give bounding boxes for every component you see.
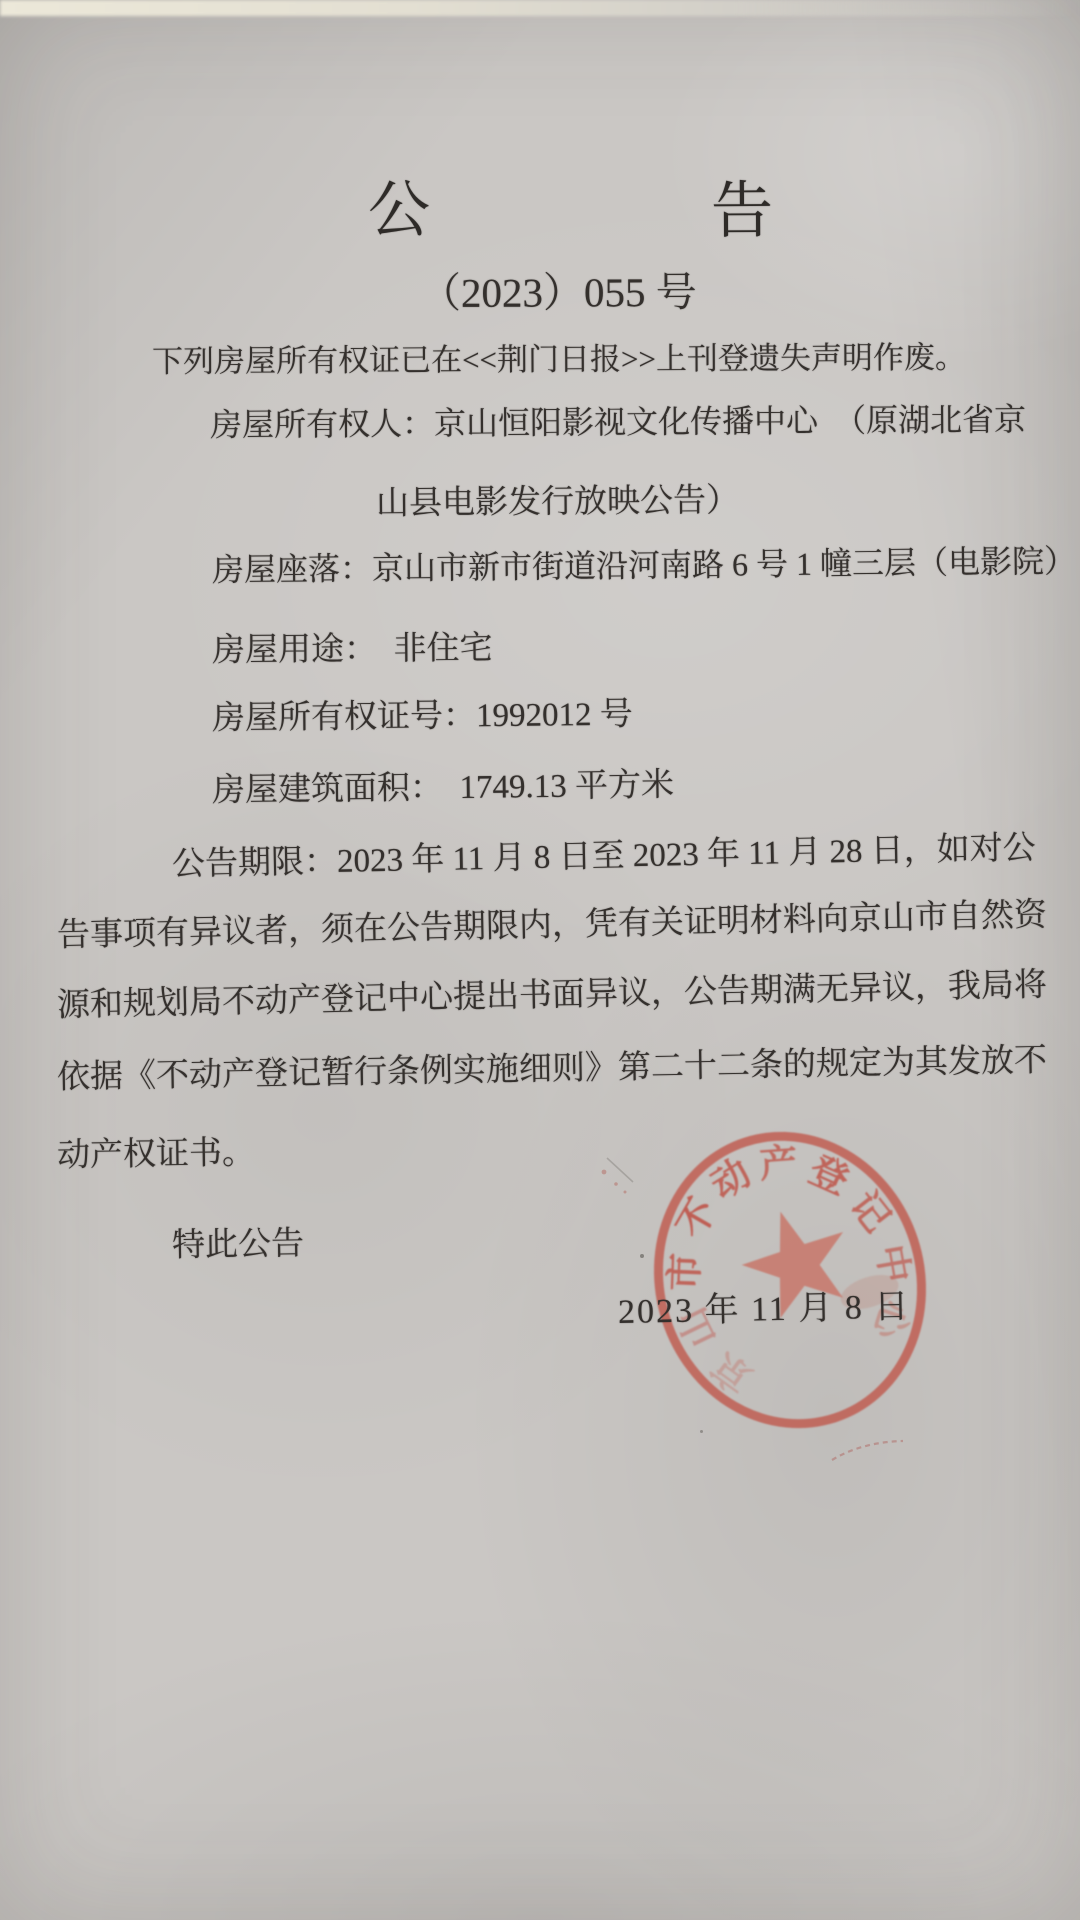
body-line: 告事项有异议者，须在公告期限内，凭有关证明材料向京山市自然资: [57, 888, 1048, 956]
signature-line: 特此公告: [172, 1217, 305, 1266]
body-line: 房屋用途： 非住宅: [212, 622, 493, 671]
seal-text-char: 京: [704, 1343, 759, 1399]
seal-text-char: 不: [670, 1192, 725, 1246]
body-line: 房屋所有权人：京山恒阳影视文化传播中心 （原湖北省京: [210, 394, 1026, 446]
notice-title-char-right: 告: [711, 161, 773, 250]
notice-title-char-left: 公: [368, 160, 430, 249]
body-line: 动产权证书。: [57, 1126, 256, 1176]
paper-top-edge-highlight: [0, 0, 1080, 16]
seal-text-char: 动: [704, 1152, 758, 1208]
paper-speck: [640, 1254, 644, 1258]
seal-text-char: 登: [803, 1149, 855, 1203]
paper-scratch: [607, 1158, 633, 1182]
body-line: 房屋所有权证号：1992012 号: [212, 688, 633, 739]
ink-smudge: [602, 1170, 627, 1194]
body-line: 公告期限：2023 年 11 月 8 日至 2023 年 11 月 28 日，如…: [172, 821, 1037, 885]
seal-text-char: 记: [841, 1184, 898, 1240]
body-line: 房屋建筑面积： 1749.13 平方米: [212, 758, 675, 811]
body-line: 源和规划局不动产登记中心提出书面异议，公告期满无异议，我局将: [57, 958, 1048, 1026]
seal-text-char: 产: [758, 1142, 799, 1187]
ink-smudge: [832, 1441, 903, 1460]
paper-sheet: 京 山 市 不 动 产 登 记 中 心 公 告 （2023）055 号 下列房屋…: [0, 0, 1080, 1920]
paper-speck: [700, 1430, 703, 1433]
doc-number: （2023）055 号: [420, 259, 697, 319]
body-line: 山县电影发行放映公告）: [376, 474, 739, 524]
body-line: 房屋座落：京山市新市街道沿河南路 6 号 1 幢三层（电影院）: [212, 536, 1076, 591]
body-line: 下列房屋所有权证已在<<荆门日报>>上刊登遗失声明作废。: [152, 332, 966, 381]
date-line: 2023 年 11 月 8 日: [618, 1278, 911, 1333]
body-line: 依据《不动产登记暂行条例实施细则》第二十二条的规定为其发放不: [57, 1034, 1048, 1098]
